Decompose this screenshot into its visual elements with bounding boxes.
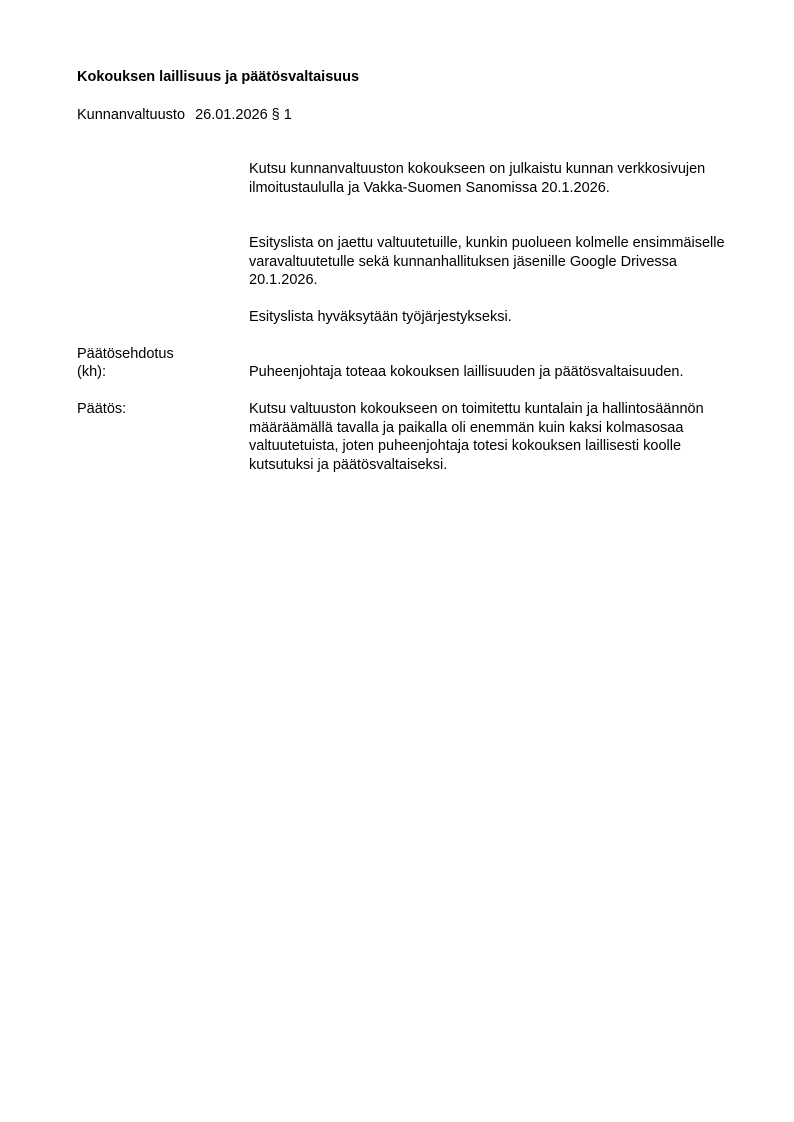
meeting-meta: Kunnanvaltuusto 26.01.2026 § 1 xyxy=(77,107,292,123)
proposal-label-line2: (kh): xyxy=(77,363,106,382)
decision-text: Kutsu valtuuston kokoukseen on toimitett… xyxy=(249,400,724,474)
intro-paragraph-3: Esityslista hyväksytään työjärjestykseks… xyxy=(249,308,749,327)
document-title: Kokouksen laillisuus ja päätösvaltaisuus xyxy=(77,69,359,85)
organ-name: Kunnanvaltuusto xyxy=(77,107,185,123)
date-section: 26.01.2026 § 1 xyxy=(195,107,292,123)
proposal-text: Puheenjohtaja toteaa kokouksen laillisuu… xyxy=(249,363,769,382)
decision-label: Päätös: xyxy=(77,400,126,419)
intro-paragraph-2: Esityslista on jaettu valtuutetuille, ku… xyxy=(249,234,749,290)
intro-paragraph-1: Kutsu kunnanvaltuuston kokoukseen on jul… xyxy=(249,160,749,197)
proposal-label-line1: Päätösehdotus xyxy=(77,345,174,364)
